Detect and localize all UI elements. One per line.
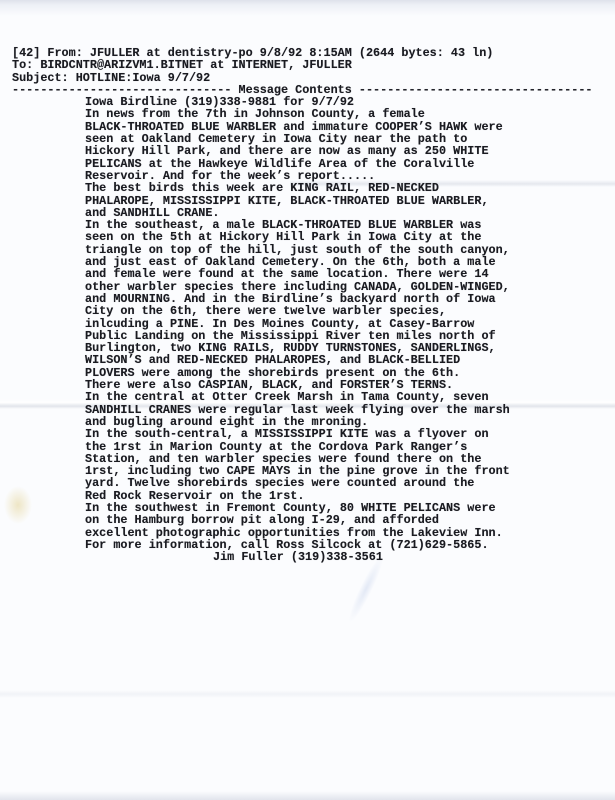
paragraph-central: In the central at Otter Creek Marsh in T… xyxy=(85,391,593,428)
signature-line: Jim Fuller (319)338-3561 xyxy=(85,551,593,563)
paragraph-birdline-intro: Iowa Birdline (319)338-9881 for 9/7/92 I… xyxy=(85,96,593,182)
scanned-email-page: [42] From: JFULLER at dentistry-po 9/8/9… xyxy=(0,0,615,800)
scan-edge-bottom xyxy=(0,791,615,800)
paragraph-best-birds: The best birds this week are KING RAIL, … xyxy=(85,182,593,219)
paragraph-south-central: In the south-central, a MISSISSIPPI KITE… xyxy=(85,428,593,502)
email-to-line: To: BIRDCNTR@ARIZVM1.BITNET at INTERNET,… xyxy=(12,59,593,71)
paper-crease-lower xyxy=(0,690,615,698)
scan-edge-top xyxy=(0,0,615,16)
paragraph-southwest: In the southwest in Fremont County, 80 W… xyxy=(85,502,593,551)
email-document: [42] From: JFULLER at dentistry-po 9/8/9… xyxy=(12,47,593,563)
paragraph-southeast: In the southeast, a male BLACK-THROATED … xyxy=(85,219,593,391)
email-body: Iowa Birdline (319)338-9881 for 9/7/92 I… xyxy=(85,96,593,563)
